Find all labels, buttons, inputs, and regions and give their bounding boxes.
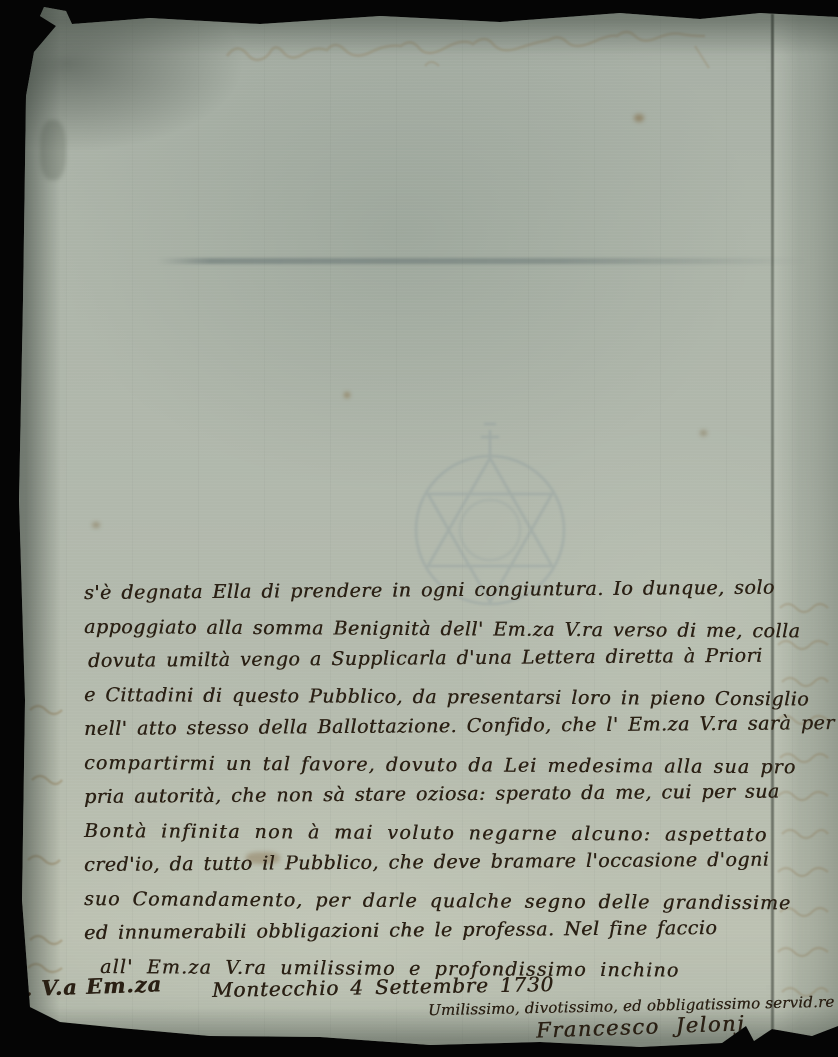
letter-line: cred'io, da tutto il Pubblico, che deve … [84,843,784,882]
foxing-stain [92,522,100,528]
photograph-background: s'è degnata Ella di prendere in ogni con… [0,0,838,1057]
letter-line: dovuta umiltà vengo a Supplicarla d'una … [88,639,784,678]
letter-line: ed innumerabili obbligazioni che le prof… [84,911,784,950]
dateline: Montecchio 4 Settembre 1730 [212,972,554,1002]
letter-line: s'è degnata Ella di prendere in ogni con… [84,571,784,610]
sender-abbreviation: D. V.a Em.za [6,971,163,1001]
ink-bleedthrough-mark [225,26,725,72]
horizontal-crease [158,258,806,264]
foxing-stain [344,392,350,398]
foxing-stain [700,430,707,436]
letter-body: s'è degnata Ella di prendere in ogni con… [84,576,784,984]
letter-line: pria autorità, che non sà stare oziosa: … [84,775,784,814]
foxing-stain [634,114,644,122]
letter-page: s'è degnata Ella di prendere in ogni con… [0,0,838,1057]
ink-bleedthrough-mark [26,700,78,1000]
letter-line: nell' atto stesso della Ballottazione. C… [84,707,784,746]
foxing-stain [40,120,66,180]
